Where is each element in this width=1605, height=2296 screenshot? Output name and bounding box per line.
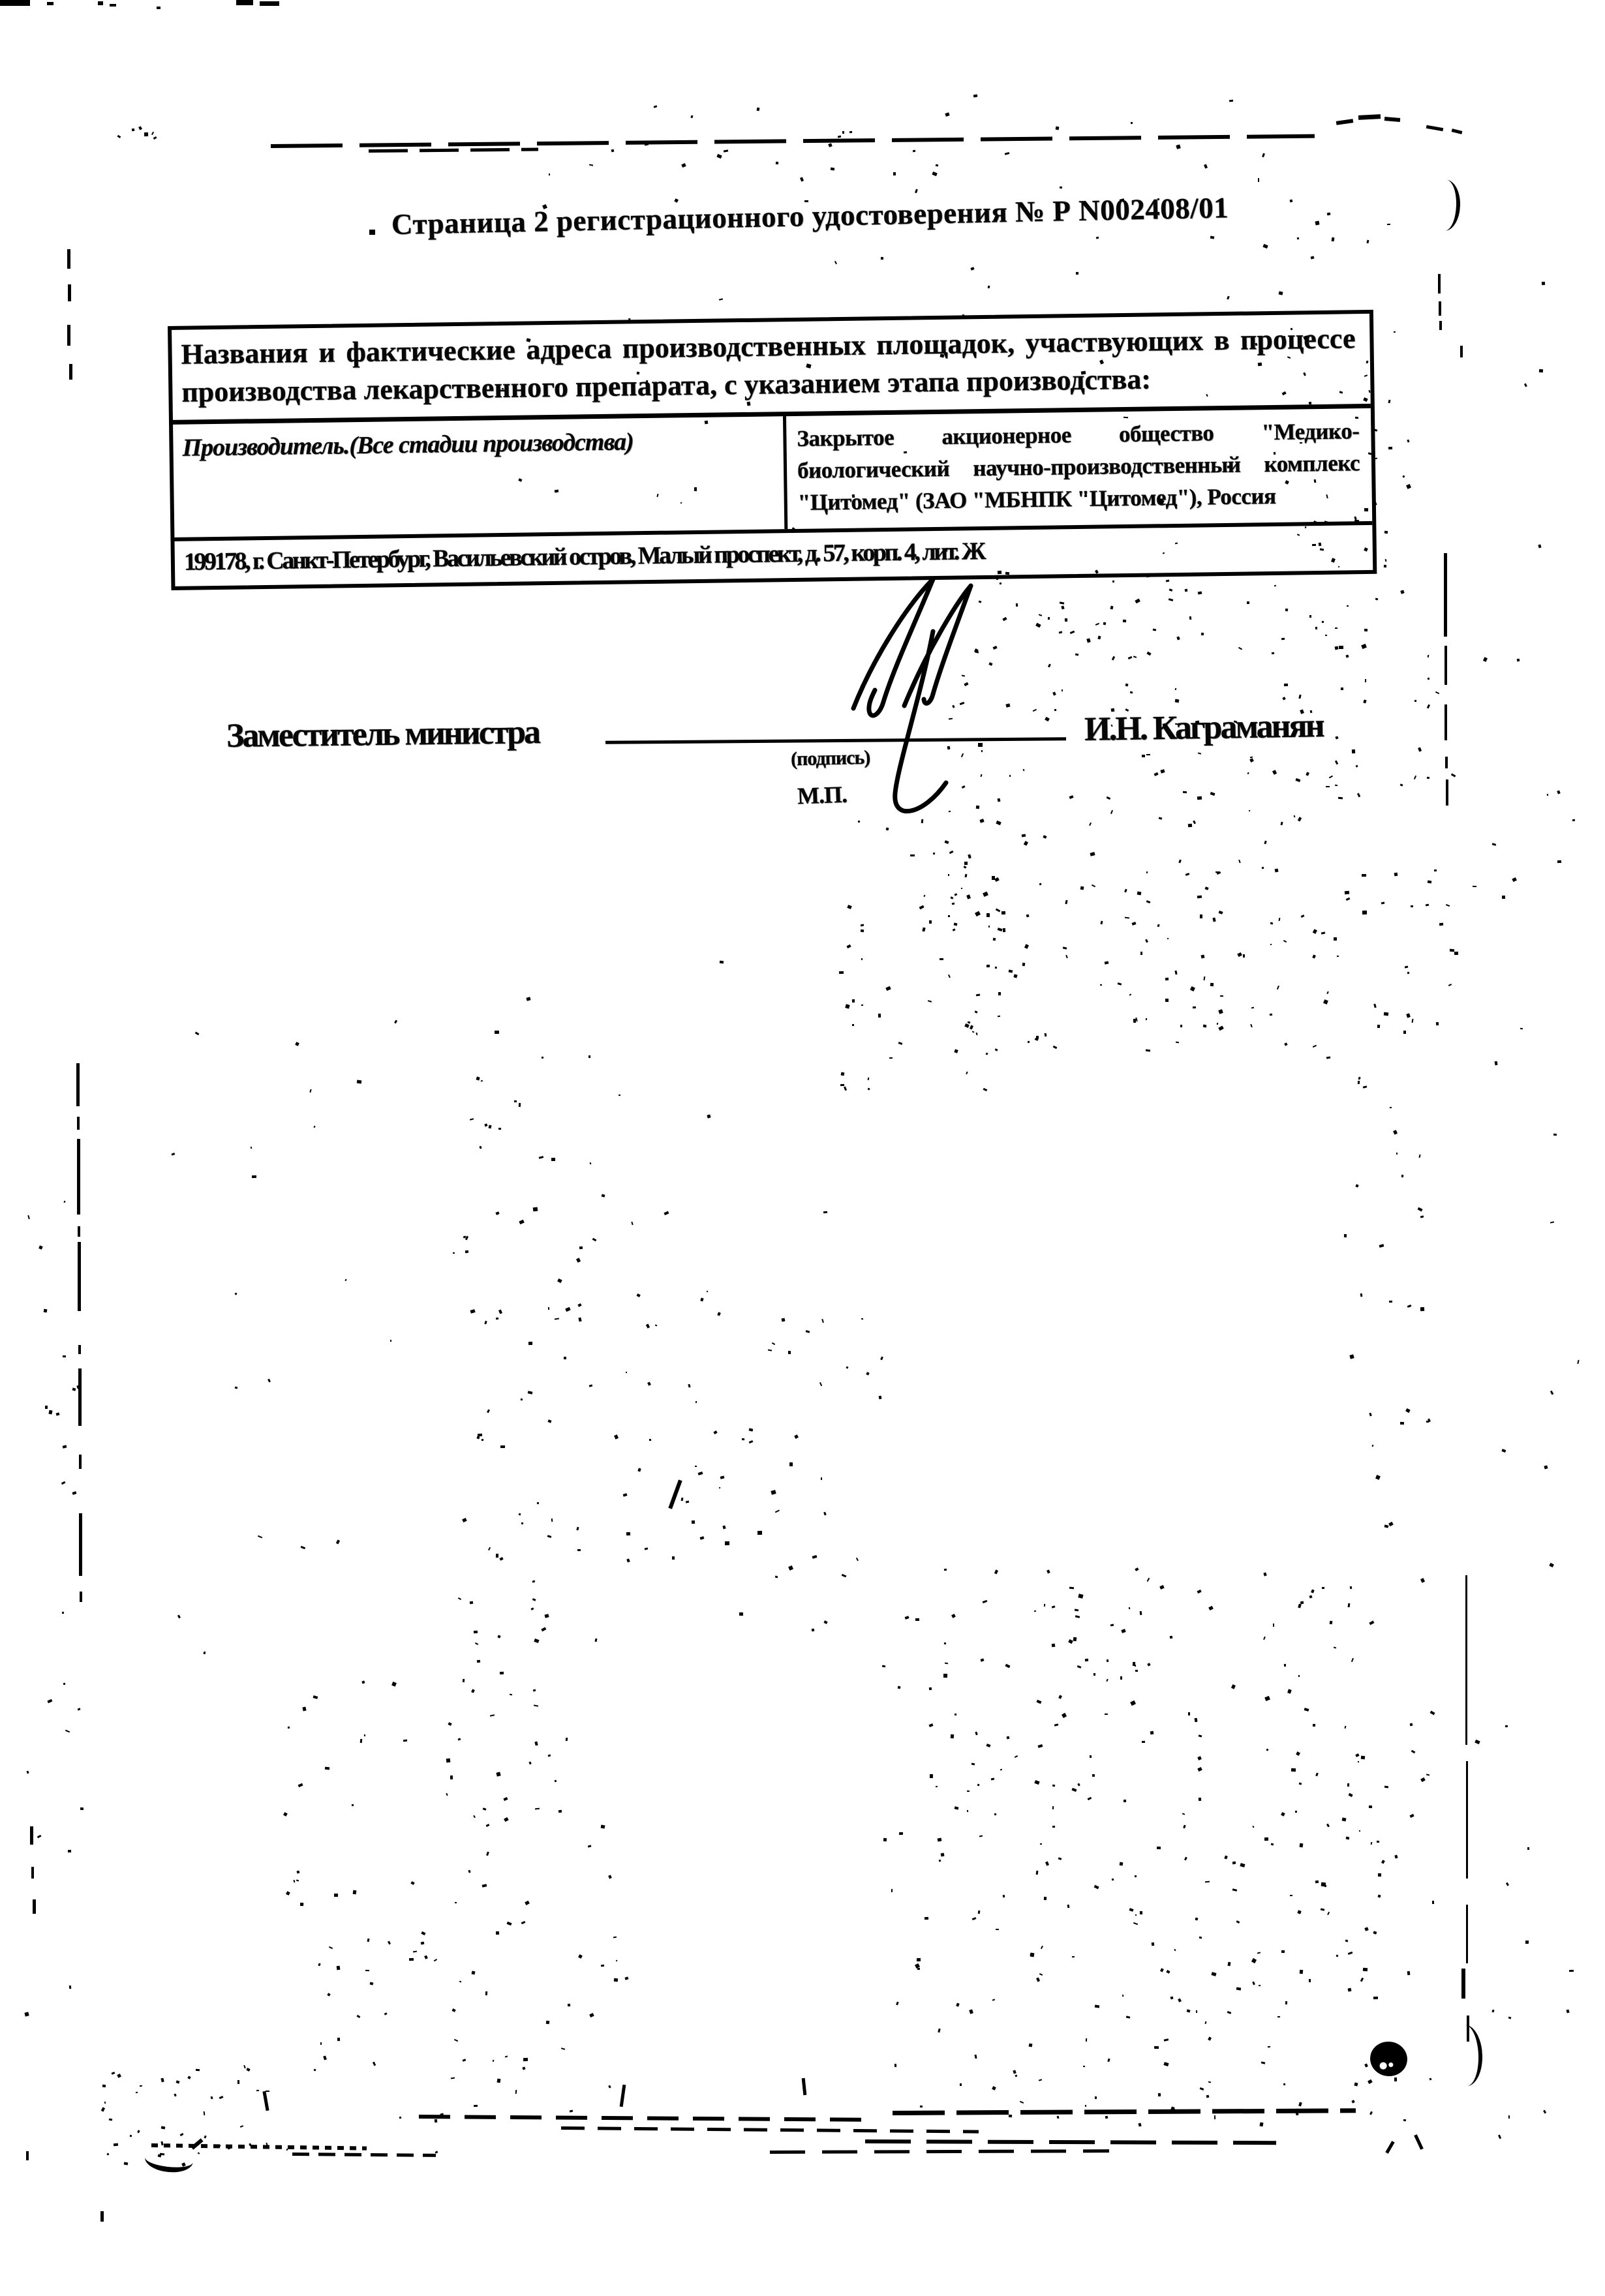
scan-noise-layer — [0, 0, 1605, 2296]
scanned-document-page: Страница 2 регистрационного удостоверени… — [0, 0, 1605, 2296]
